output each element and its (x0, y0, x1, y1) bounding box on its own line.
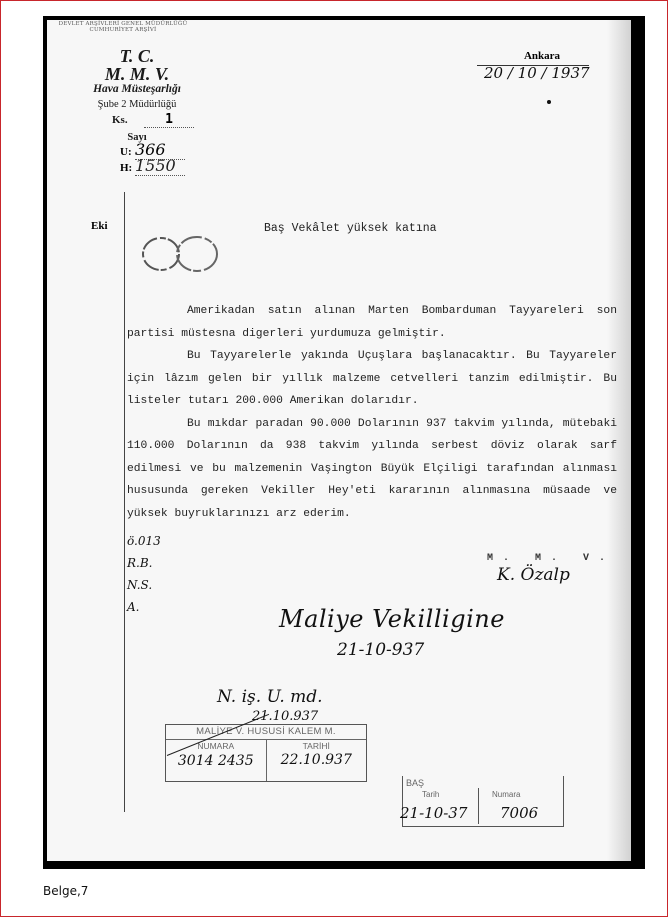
scanned-document: DEVLET ARŞİVLERİ GENEL MÜDÜRLÜĞÜ CUMHURİ… (43, 16, 645, 869)
bas-stamp: BAŞ Tarih Numara 21-10-37 7006 (392, 774, 572, 830)
u-label: U: (120, 146, 132, 158)
addressee: Baş Vekâlet yüksek katına (264, 222, 437, 235)
routing-note: N. iş. U. md. (217, 687, 323, 707)
margin-note: ö.013 (127, 530, 161, 552)
stamp-numara-value: 3014 (178, 753, 214, 769)
stamp-divider (478, 788, 479, 824)
stamp-numara-col: NUMARA 3014 2435 (166, 740, 266, 781)
ks-label: Ks. (112, 114, 128, 126)
eki-label: Eki (91, 220, 108, 232)
margin-note: N.S. (127, 574, 161, 596)
stamp-bas-numara-value: 7006 (500, 804, 538, 822)
document-page: DEVLET ARŞİVLERİ GENEL MÜDÜRLÜĞÜ CUMHURİ… (47, 20, 631, 861)
body-paragraph: Bu Tayyarelerle yakında Uçuşlara başlana… (127, 345, 617, 413)
margin-rule (124, 192, 125, 812)
h-value: 1550 (135, 156, 185, 176)
margin-note: R.B. (127, 552, 161, 574)
letterhead-hava: Hava Müsteşarlığı (67, 83, 207, 95)
handwritten-note: Maliye Vekilligine (279, 605, 505, 633)
document-caption: Belge,7 (43, 884, 88, 898)
archive-header: DEVLET ARŞİVLERİ GENEL MÜDÜRLÜĞÜ CUMHURİ… (53, 21, 193, 33)
ks-value: 1 (144, 112, 194, 128)
ring-stain-icon (139, 232, 223, 276)
letterhead-sube: Şube 2 Müdürlüğü (67, 99, 207, 110)
letterhead-mmv: M. M. V. (77, 64, 197, 85)
handwritten-note-date: 21-10-937 (337, 640, 424, 660)
stamp-bas-tarih-value: 21-10-37 (400, 804, 467, 822)
stamp-tarih-value: 22.10.937 (267, 752, 367, 768)
stamp-tarih-col: TARİHİ 22.10.937 (266, 740, 367, 781)
margin-note: A. (127, 596, 161, 618)
stamp-tarih-label: TARİHİ (267, 740, 367, 752)
body-paragraph: Amerikadan satın alınan Marten Bombardum… (127, 300, 617, 345)
stamp-bas-title: BAŞ (406, 778, 424, 788)
stamp-title: MALİYE V. HUSUSİ KALEM M. (166, 725, 366, 740)
speck (547, 100, 551, 104)
maliye-stamp: MALİYE V. HUSUSİ KALEM M. NUMARA 3014 24… (165, 724, 367, 782)
signature: K. Özalp (497, 565, 570, 585)
h-label: H: (120, 162, 132, 174)
date-value: 20 / 10 / 1937 (484, 64, 590, 82)
place-label: Ankara (487, 50, 597, 62)
letter-body: Amerikadan satın alınan Marten Bombardum… (127, 300, 617, 525)
stamp-bas-tarih-label: Tarih (422, 790, 439, 799)
signature-block: M. M. V. (487, 553, 615, 564)
body-paragraph: Bu mıkdar paradan 90.000 Dolarının 937 t… (127, 413, 617, 526)
stamp-bas-numara-label: Numara (492, 790, 520, 799)
stamp-numara-value: 2435 (218, 753, 254, 769)
margin-notes: ö.013 R.B. N.S. A. (127, 530, 161, 618)
